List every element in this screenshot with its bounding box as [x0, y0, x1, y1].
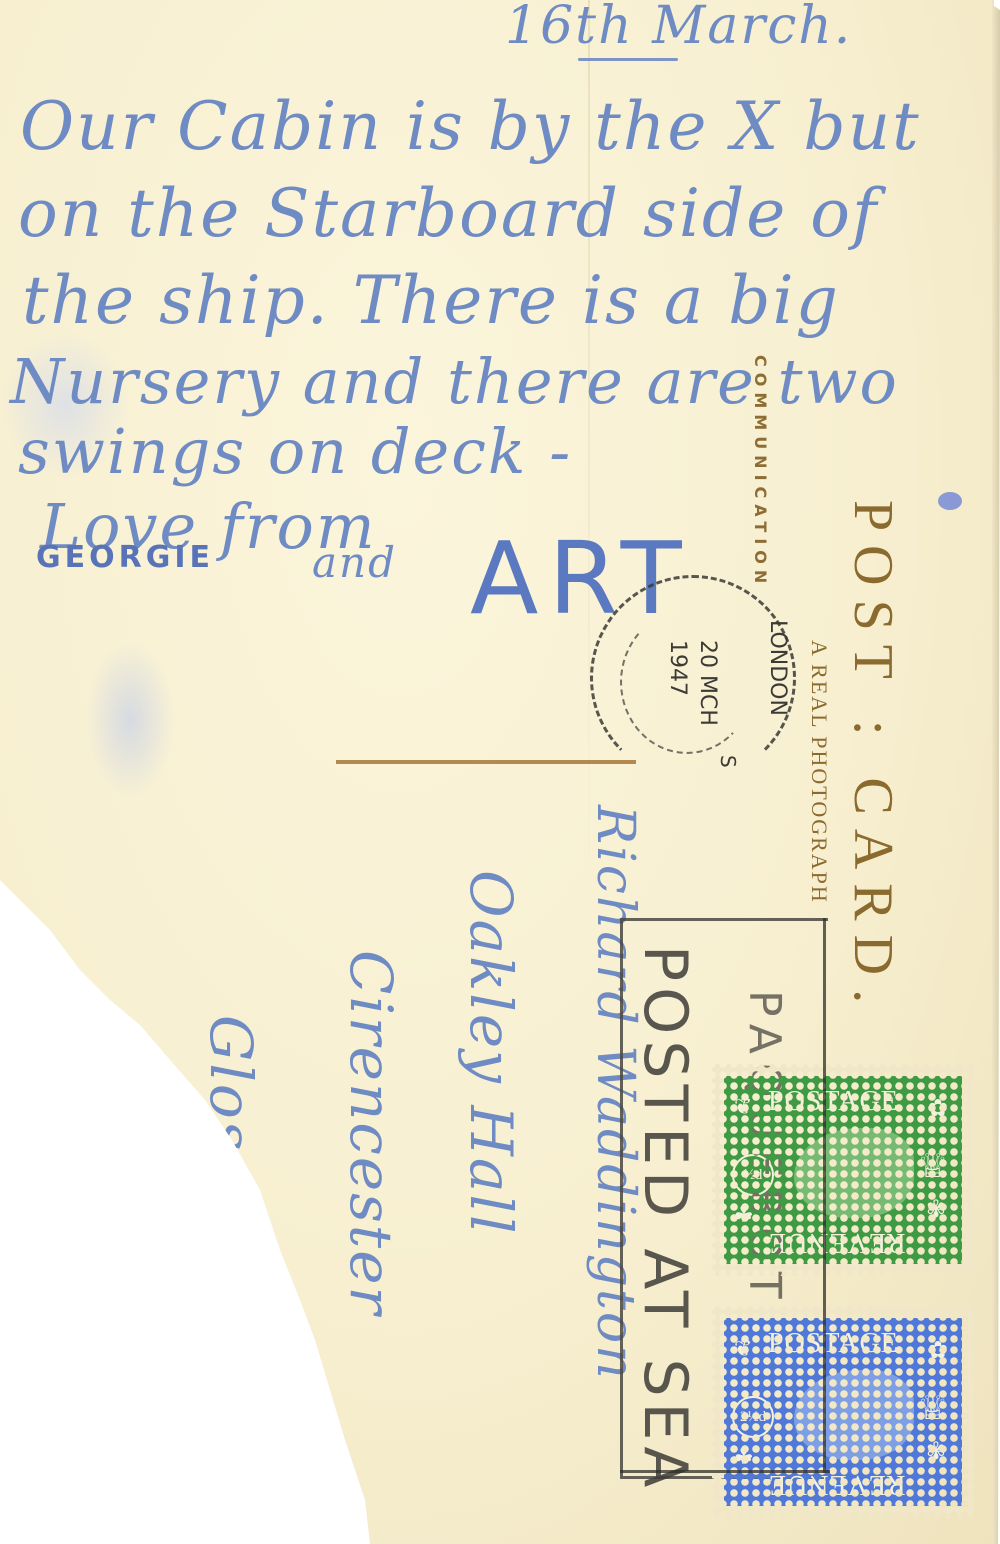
publisher-line: A REAL PHOTOGRAPH [806, 640, 832, 904]
signature-georgie: GEORGIE [36, 540, 214, 575]
shamrock-icon: ☘ [734, 1202, 754, 1228]
king-portrait-icon [794, 1370, 914, 1460]
message-line: swings on deck - [18, 415, 572, 488]
leek-icon: ❦ [734, 1336, 752, 1362]
ink-blot [938, 492, 962, 510]
stamp-postage-text: POSTAGE [768, 1328, 899, 1360]
address-line: Oakley Hall [457, 870, 525, 1236]
date-underline [578, 58, 678, 61]
address-divider-line [336, 760, 636, 764]
postmark-year: 1947 [665, 640, 690, 696]
crown-icon: ♕ [918, 1146, 948, 1186]
posted-at-sea-cancel: POSTED AT SEA [630, 945, 700, 1493]
signature-and: and [312, 538, 397, 587]
thistle-icon: ✾ [926, 1437, 946, 1466]
cancel-bar [823, 918, 826, 1473]
shamrock-icon: ☘ [734, 1444, 754, 1470]
postmark-code: S [716, 755, 740, 768]
king-portrait-icon [794, 1128, 914, 1218]
cancel-bar [620, 1470, 830, 1473]
message-date: 16th March. [505, 0, 852, 56]
rose-icon: ✿ [928, 1336, 948, 1365]
stamp-postage-text: POSTAGE [768, 1086, 899, 1118]
post-card-heading: POST : CARD. [841, 500, 905, 1017]
leek-icon: ❦ [734, 1094, 752, 1120]
stamp-face: POSTAGE ❦ ✿ ½d ♕ ☘ ✾ REVENUE [724, 1076, 962, 1264]
address-line: Cirencester [337, 950, 405, 1316]
address-line: Glos [197, 1015, 265, 1153]
message-line: on the Starboard side of [18, 175, 878, 252]
stamp-twopence-halfpenny: POSTAGE ❦ ✿ 2½d ♕ ☘ ✾ REVENUE [712, 1306, 974, 1518]
stamp-revenue-text: REVENUE [768, 1226, 906, 1258]
communication-label: COMMUNICATION [751, 355, 770, 589]
rose-icon: ✿ [928, 1094, 948, 1123]
postcard: 16th March. Our Cabin is by the X but on… [0, 0, 1000, 1544]
postmark-town: LONDON [765, 620, 790, 716]
ink-smudge [85, 640, 175, 800]
stamp-face: POSTAGE ❦ ✿ 2½d ♕ ☘ ✾ REVENUE [724, 1318, 962, 1506]
stamp-value: ½d [732, 1154, 774, 1196]
card-edge [992, 0, 1000, 1544]
stamp-halfpenny: POSTAGE ❦ ✿ ½d ♕ ☘ ✾ REVENUE [712, 1064, 974, 1276]
stamp-value: 2½d [732, 1396, 774, 1438]
postmark-date: 20 MCH [695, 640, 720, 726]
message-line: the ship. There is a big [22, 262, 840, 339]
message-line: Our Cabin is by the X but [20, 88, 921, 165]
thistle-icon: ✾ [926, 1195, 946, 1224]
crown-icon: ♕ [918, 1388, 948, 1428]
